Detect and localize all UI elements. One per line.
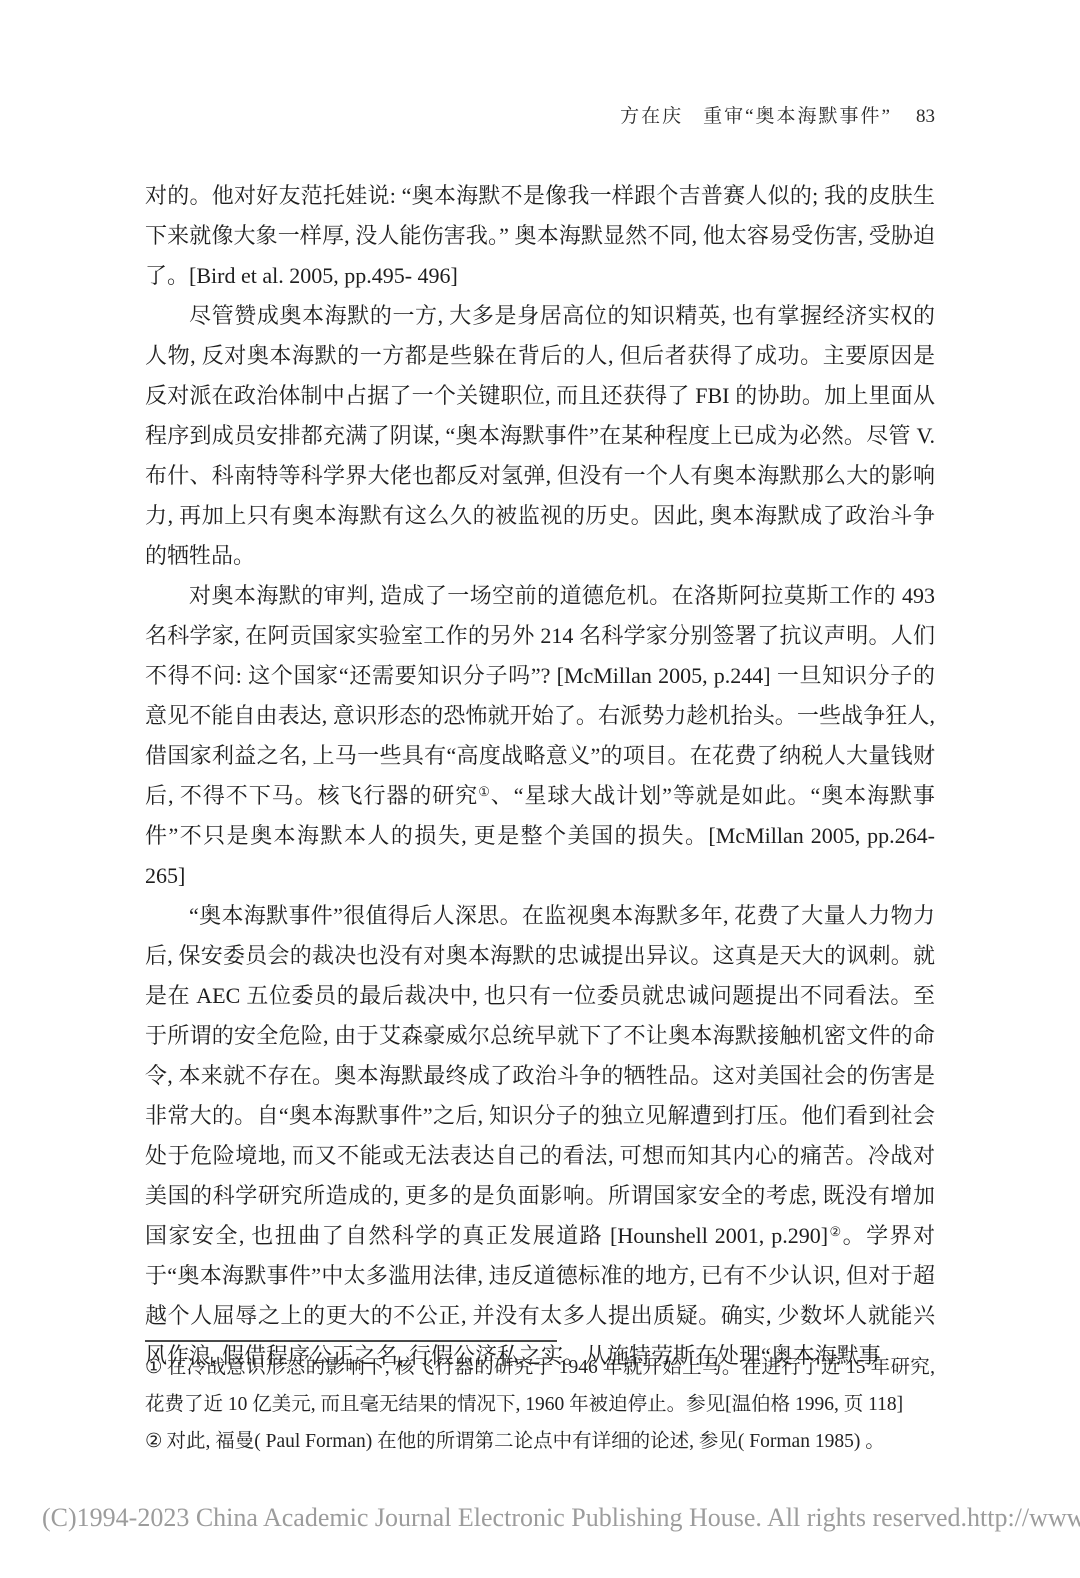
footnote-text: 对此, 福曼( Paul Forman) 在他的所谓第二论点中有详细的论述, 参… <box>166 1431 884 1452</box>
body-paragraph: “奥本海默事件”很值得后人深思。在监视奥本海默多年, 花费了大量人力物力后, 保… <box>145 896 935 1376</box>
body-paragraph: 对的。他对好友范托娃说: “奥本海默不是像我一样跟个吉普赛人似的; 我的皮肤生下… <box>145 176 935 296</box>
footnote-separator <box>145 1340 557 1342</box>
body-paragraph: 对奥本海默的审判, 造成了一场空前的道德危机。在洛斯阿拉莫斯工作的 493 名科… <box>145 576 935 896</box>
running-head-title: 重审“奥本海默事件” <box>703 101 892 128</box>
page-number: 83 <box>916 106 935 128</box>
footnote: ①在冷战意识形态的影响下, 核飞行器的研究于 1946 年就开始上马。在进行了近… <box>145 1349 935 1423</box>
footnote-reference: ① <box>478 784 491 799</box>
footnote-marker: ② <box>145 1431 162 1452</box>
running-head-author: 方在庆 <box>620 101 683 128</box>
footnote-list: ①在冷战意识形态的影响下, 核飞行器的研究于 1946 年就开始上马。在进行了近… <box>145 1349 935 1460</box>
copyright-text: (C)1994-2023 China Academic Journal Elec… <box>42 1503 967 1533</box>
article-body: 对的。他对好友范托娃说: “奥本海默不是像我一样跟个吉普赛人似的; 我的皮肤生下… <box>145 176 935 1376</box>
footnote-marker: ① <box>145 1357 163 1378</box>
running-head: 方在庆 重审“奥本海默事件” 83 <box>620 101 935 128</box>
cnki-url: http://www.cnki.ne <box>967 1503 1080 1533</box>
journal-page: 方在庆 重审“奥本海默事件” 83 对的。他对好友范托娃说: “奥本海默不是像我… <box>0 0 1080 1578</box>
body-paragraph: 尽管赞成奥本海默的一方, 大多是身居高位的知识精英, 也有掌握经济实权的人物, … <box>145 296 935 576</box>
footnote: ②对此, 福曼( Paul Forman) 在他的所谓第二论点中有详细的论述, … <box>145 1423 935 1460</box>
footnote-reference: ② <box>828 1224 843 1239</box>
footnote-text: 在冷战意识形态的影响下, 核飞行器的研究于 1946 年就开始上马。在进行了近 … <box>145 1357 935 1415</box>
footnote-block: ①在冷战意识形态的影响下, 核飞行器的研究于 1946 年就开始上马。在进行了近… <box>145 1340 935 1460</box>
copyright-footer: (C)1994-2023 China Academic Journal Elec… <box>0 1503 1080 1533</box>
